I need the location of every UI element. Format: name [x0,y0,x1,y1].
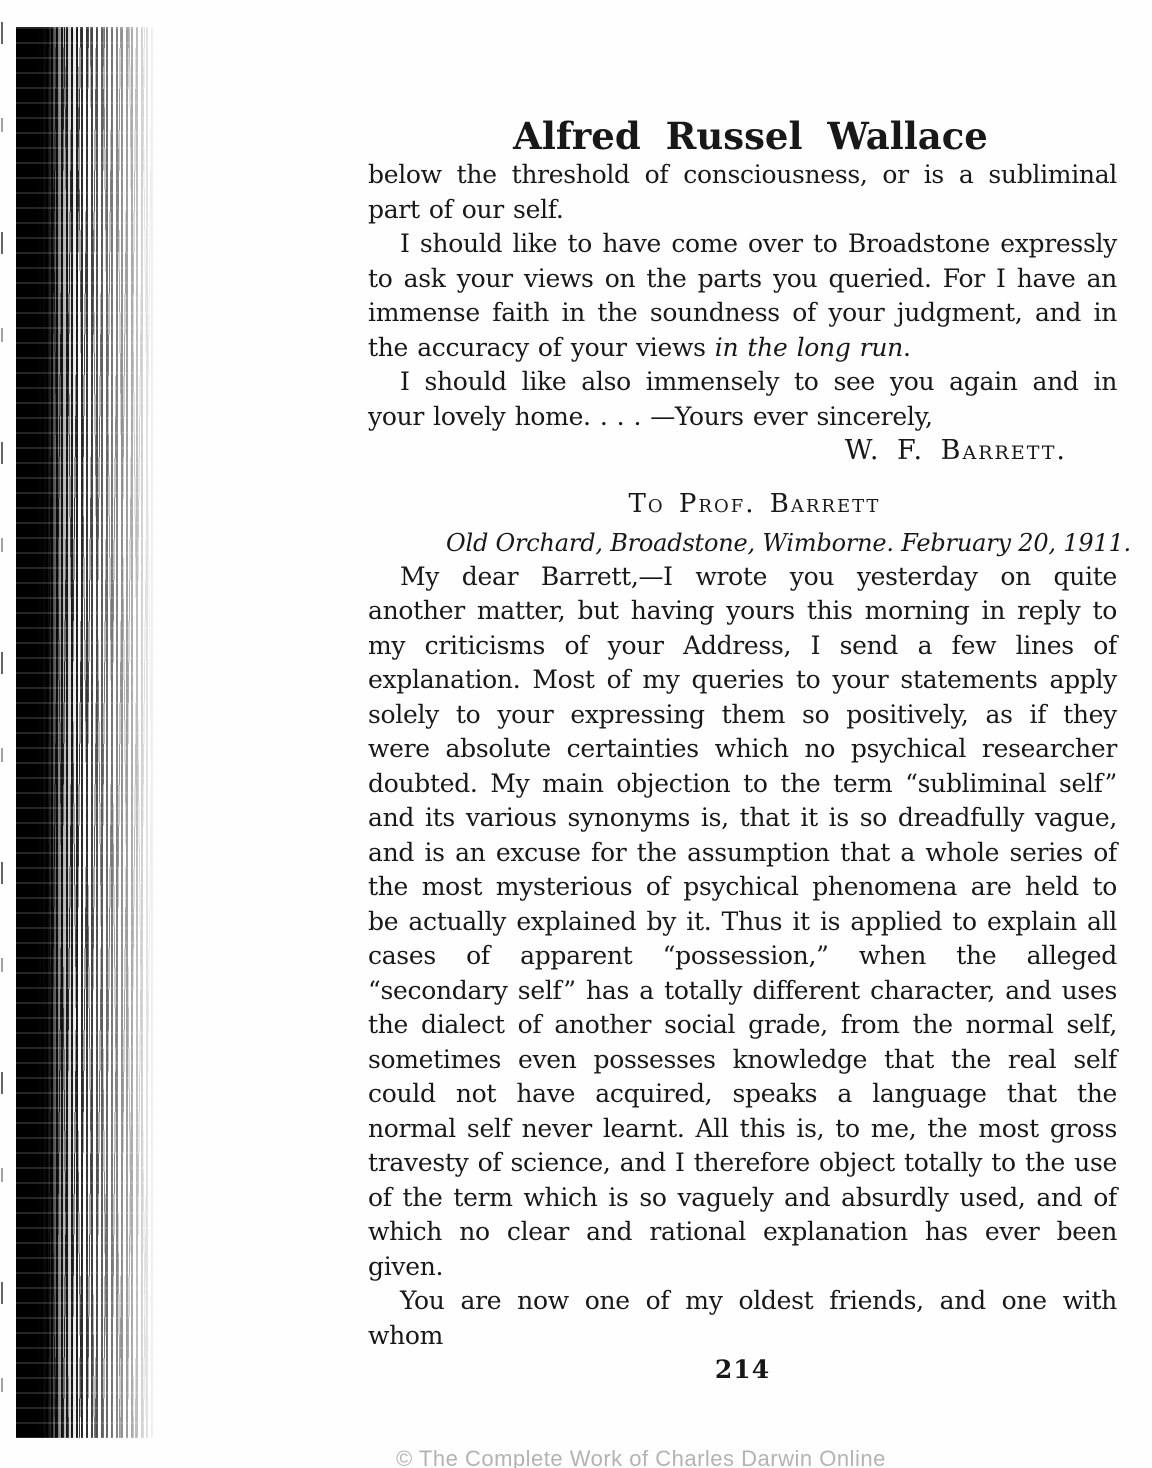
paragraph: I should like to have come over to Broad… [368,227,1117,365]
paragraph-text: . [903,333,911,362]
paragraph: You are now one of my oldest friends, an… [368,1284,1117,1353]
paragraph: My dear Barrett,—I wrote you yesterday o… [368,560,1117,1285]
scan-binding-gutter [16,27,153,1438]
letter-signature: W. F. Barrett. [368,434,1117,469]
paragraph: I should like also immensely to see you … [368,365,1117,434]
page-number: 214 [368,1355,1117,1384]
watermark-footer: © The Complete Work of Charles Darwin On… [396,1446,886,1468]
book-page: Alfred Russel Wallace below the threshol… [0,0,1152,1468]
letter-heading: To Prof. Barrett [380,489,1129,520]
page-title: Alfred Russel Wallace [376,114,1125,158]
scan-edge-line [1,22,3,1446]
letter-dateline: Old Orchard, Broadstone, Wimborne. Febru… [414,526,1152,560]
paragraph-continuation: below the threshold of consciousness, or… [368,158,1117,227]
text-column: Alfred Russel Wallace below the threshol… [368,0,1117,1384]
italic-phrase: in the long run [715,333,903,362]
